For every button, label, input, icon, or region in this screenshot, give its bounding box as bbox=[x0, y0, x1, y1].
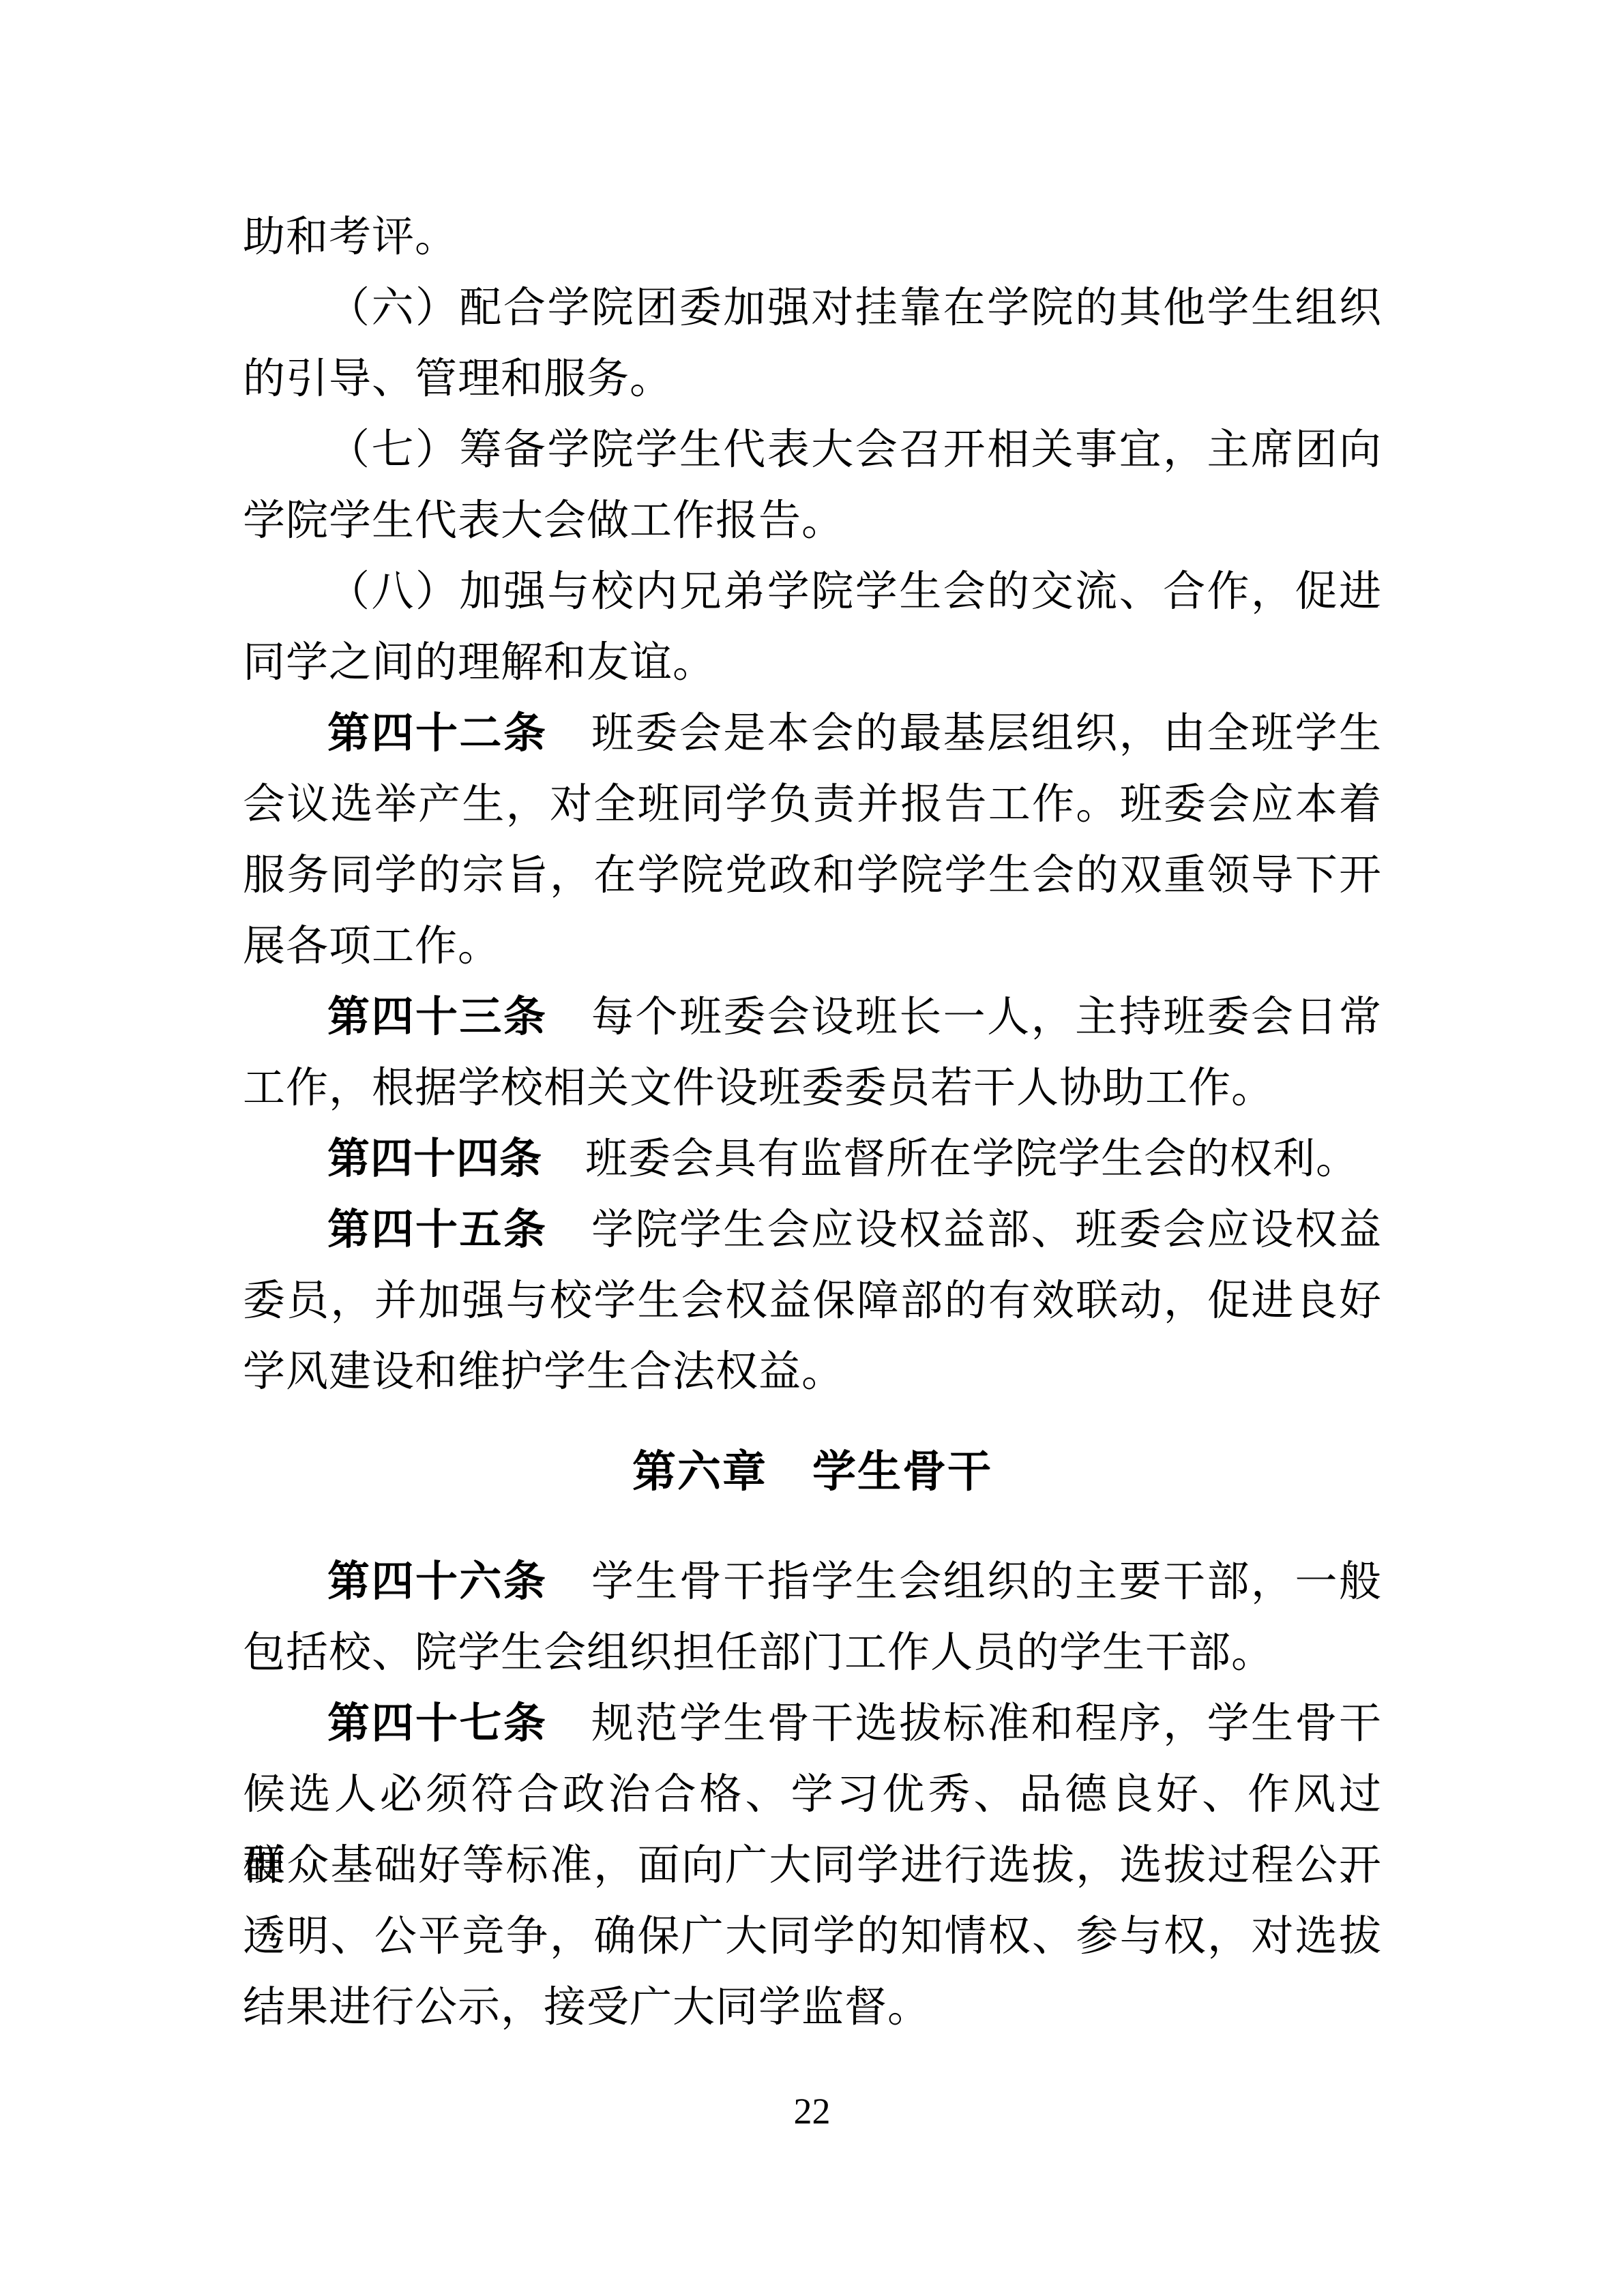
body-text-run: （六）配合学院团委加强对挂靠在学院的其他学生组织 bbox=[327, 285, 1382, 331]
body-text-run: 委员，并加强与校学生会权益保障部的有效联动，促进良好 bbox=[243, 1278, 1382, 1324]
body-text-run: 学院学生代表大会做工作报告。 bbox=[243, 498, 844, 544]
text-line: 结果进行公示，接受广大同学监督。 bbox=[243, 1972, 1382, 2043]
document-text: 助和考评。（六）配合学院团委加强对挂靠在学院的其他学生组织的引导、管理和服务。（… bbox=[243, 0, 1382, 2043]
body-text-run: 学生骨干指学生会组织的主要干部，一般 bbox=[547, 1559, 1382, 1605]
text-line: 第四十四条 班委会具有监督所在学院学生会的权利。 bbox=[243, 1124, 1382, 1195]
text-line: 的引导、管理和服务。 bbox=[243, 344, 1382, 415]
body-text-run: 包括校、院学生会组织担任部门工作人员的学生干部。 bbox=[243, 1630, 1274, 1676]
body-text-run: 透明、公平竞争，确保广大同学的知情权、参与权，对选拔 bbox=[243, 1913, 1382, 1960]
article-number: 第四十三条 bbox=[327, 994, 547, 1041]
text-line: 第四十七条 规范学生骨干选拔标准和程序，学生骨干 bbox=[243, 1688, 1382, 1759]
body-text-run: 服务同学的宗旨，在学院党政和学院学生会的双重领导下开 bbox=[243, 852, 1382, 899]
document-page: 助和考评。（六）配合学院团委加强对挂靠在学院的其他学生组织的引导、管理和服务。（… bbox=[0, 0, 1624, 2296]
body-text-run: 群众基础好等标准，面向广大同学进行选拔，选拔过程公开 bbox=[243, 1843, 1382, 1889]
body-text-run: （七）筹备学院学生代表大会召开相关事宜，主席团向 bbox=[327, 427, 1382, 473]
article-number: 第四十七条 bbox=[327, 1701, 547, 1747]
body-text-run: 助和考评。 bbox=[243, 214, 458, 260]
body-text-run: 学院学生会应设权益部、班委会应设权益 bbox=[547, 1207, 1382, 1253]
text-line: 第四十五条 学院学生会应设权益部、班委会应设权益 bbox=[243, 1195, 1382, 1266]
page-number: 22 bbox=[794, 2091, 831, 2132]
text-line: 学风建设和维护学生合法权益。 bbox=[243, 1337, 1382, 1407]
text-line: （七）筹备学院学生代表大会召开相关事宜，主席团向 bbox=[243, 415, 1382, 486]
body-text-run: 每个班委会设班长一人，主持班委会日常 bbox=[547, 994, 1382, 1041]
body-text-run: 学风建设和维护学生合法权益。 bbox=[243, 1349, 844, 1395]
text-line: 工作，根据学校相关文件设班委委员若干人协助工作。 bbox=[243, 1053, 1382, 1124]
body-text-run: 同学之间的理解和友谊。 bbox=[243, 640, 715, 686]
text-line: 包括校、院学生会组织担任部门工作人员的学生干部。 bbox=[243, 1617, 1382, 1688]
page-footer: 22 bbox=[0, 2085, 1624, 2137]
article-number: 第四十五条 bbox=[327, 1207, 547, 1253]
text-line: 第四十六条 学生骨干指学生会组织的主要干部，一般 bbox=[243, 1547, 1382, 1617]
text-line: （六）配合学院团委加强对挂靠在学院的其他学生组织 bbox=[243, 273, 1382, 344]
chapter-heading-text: 第六章 学生骨干 bbox=[632, 1447, 992, 1496]
body-text-run: 展各项工作。 bbox=[243, 923, 501, 970]
text-line: （八）加强与校内兄弟学院学生会的交流、合作，促进 bbox=[243, 556, 1382, 627]
body-text-run: 工作，根据学校相关文件设班委委员若干人协助工作。 bbox=[243, 1065, 1274, 1112]
body-text-run: 会议选举产生，对全班同学负责并报告工作。班委会应本着 bbox=[243, 781, 1382, 828]
text-line: 委员，并加强与校学生会权益保障部的有效联动，促进良好 bbox=[243, 1266, 1382, 1337]
text-line: 会议选举产生，对全班同学负责并报告工作。班委会应本着 bbox=[243, 769, 1382, 840]
text-line: 候选人必须符合政治合格、学习优秀、品德良好、作风过硬、 bbox=[243, 1759, 1382, 1830]
article-number: 第四十二条 bbox=[327, 711, 547, 757]
text-line: 透明、公平竞争，确保广大同学的知情权、参与权，对选拔 bbox=[243, 1901, 1382, 1972]
text-line: 第四十三条 每个班委会设班长一人，主持班委会日常 bbox=[243, 982, 1382, 1053]
body-text-run: 结果进行公示，接受广大同学监督。 bbox=[243, 1984, 930, 2031]
body-text-run: 班委会具有监督所在学院学生会的权利。 bbox=[542, 1136, 1359, 1182]
text-line: 同学之间的理解和友谊。 bbox=[243, 627, 1382, 698]
text-line: 学院学生代表大会做工作报告。 bbox=[243, 486, 1382, 556]
body-text-run: （八）加强与校内兄弟学院学生会的交流、合作，促进 bbox=[327, 569, 1382, 615]
body-text-run: 的引导、管理和服务。 bbox=[243, 356, 673, 402]
text-line: 群众基础好等标准，面向广大同学进行选拔，选拔过程公开 bbox=[243, 1830, 1382, 1901]
body-text-run: 规范学生骨干选拔标准和程序，学生骨干 bbox=[547, 1701, 1382, 1747]
text-line: 助和考评。 bbox=[243, 202, 1382, 273]
text-line: 第四十二条 班委会是本会的最基层组织，由全班学生 bbox=[243, 698, 1382, 769]
text-line: 服务同学的宗旨，在学院党政和学院学生会的双重领导下开 bbox=[243, 840, 1382, 911]
text-line: 展各项工作。 bbox=[243, 911, 1382, 982]
body-text-run: 班委会是本会的最基层组织，由全班学生 bbox=[547, 711, 1382, 757]
article-number: 第四十四条 bbox=[327, 1136, 542, 1182]
article-number: 第四十六条 bbox=[327, 1559, 547, 1605]
chapter-heading: 第六章 学生骨干 bbox=[243, 1436, 1382, 1507]
